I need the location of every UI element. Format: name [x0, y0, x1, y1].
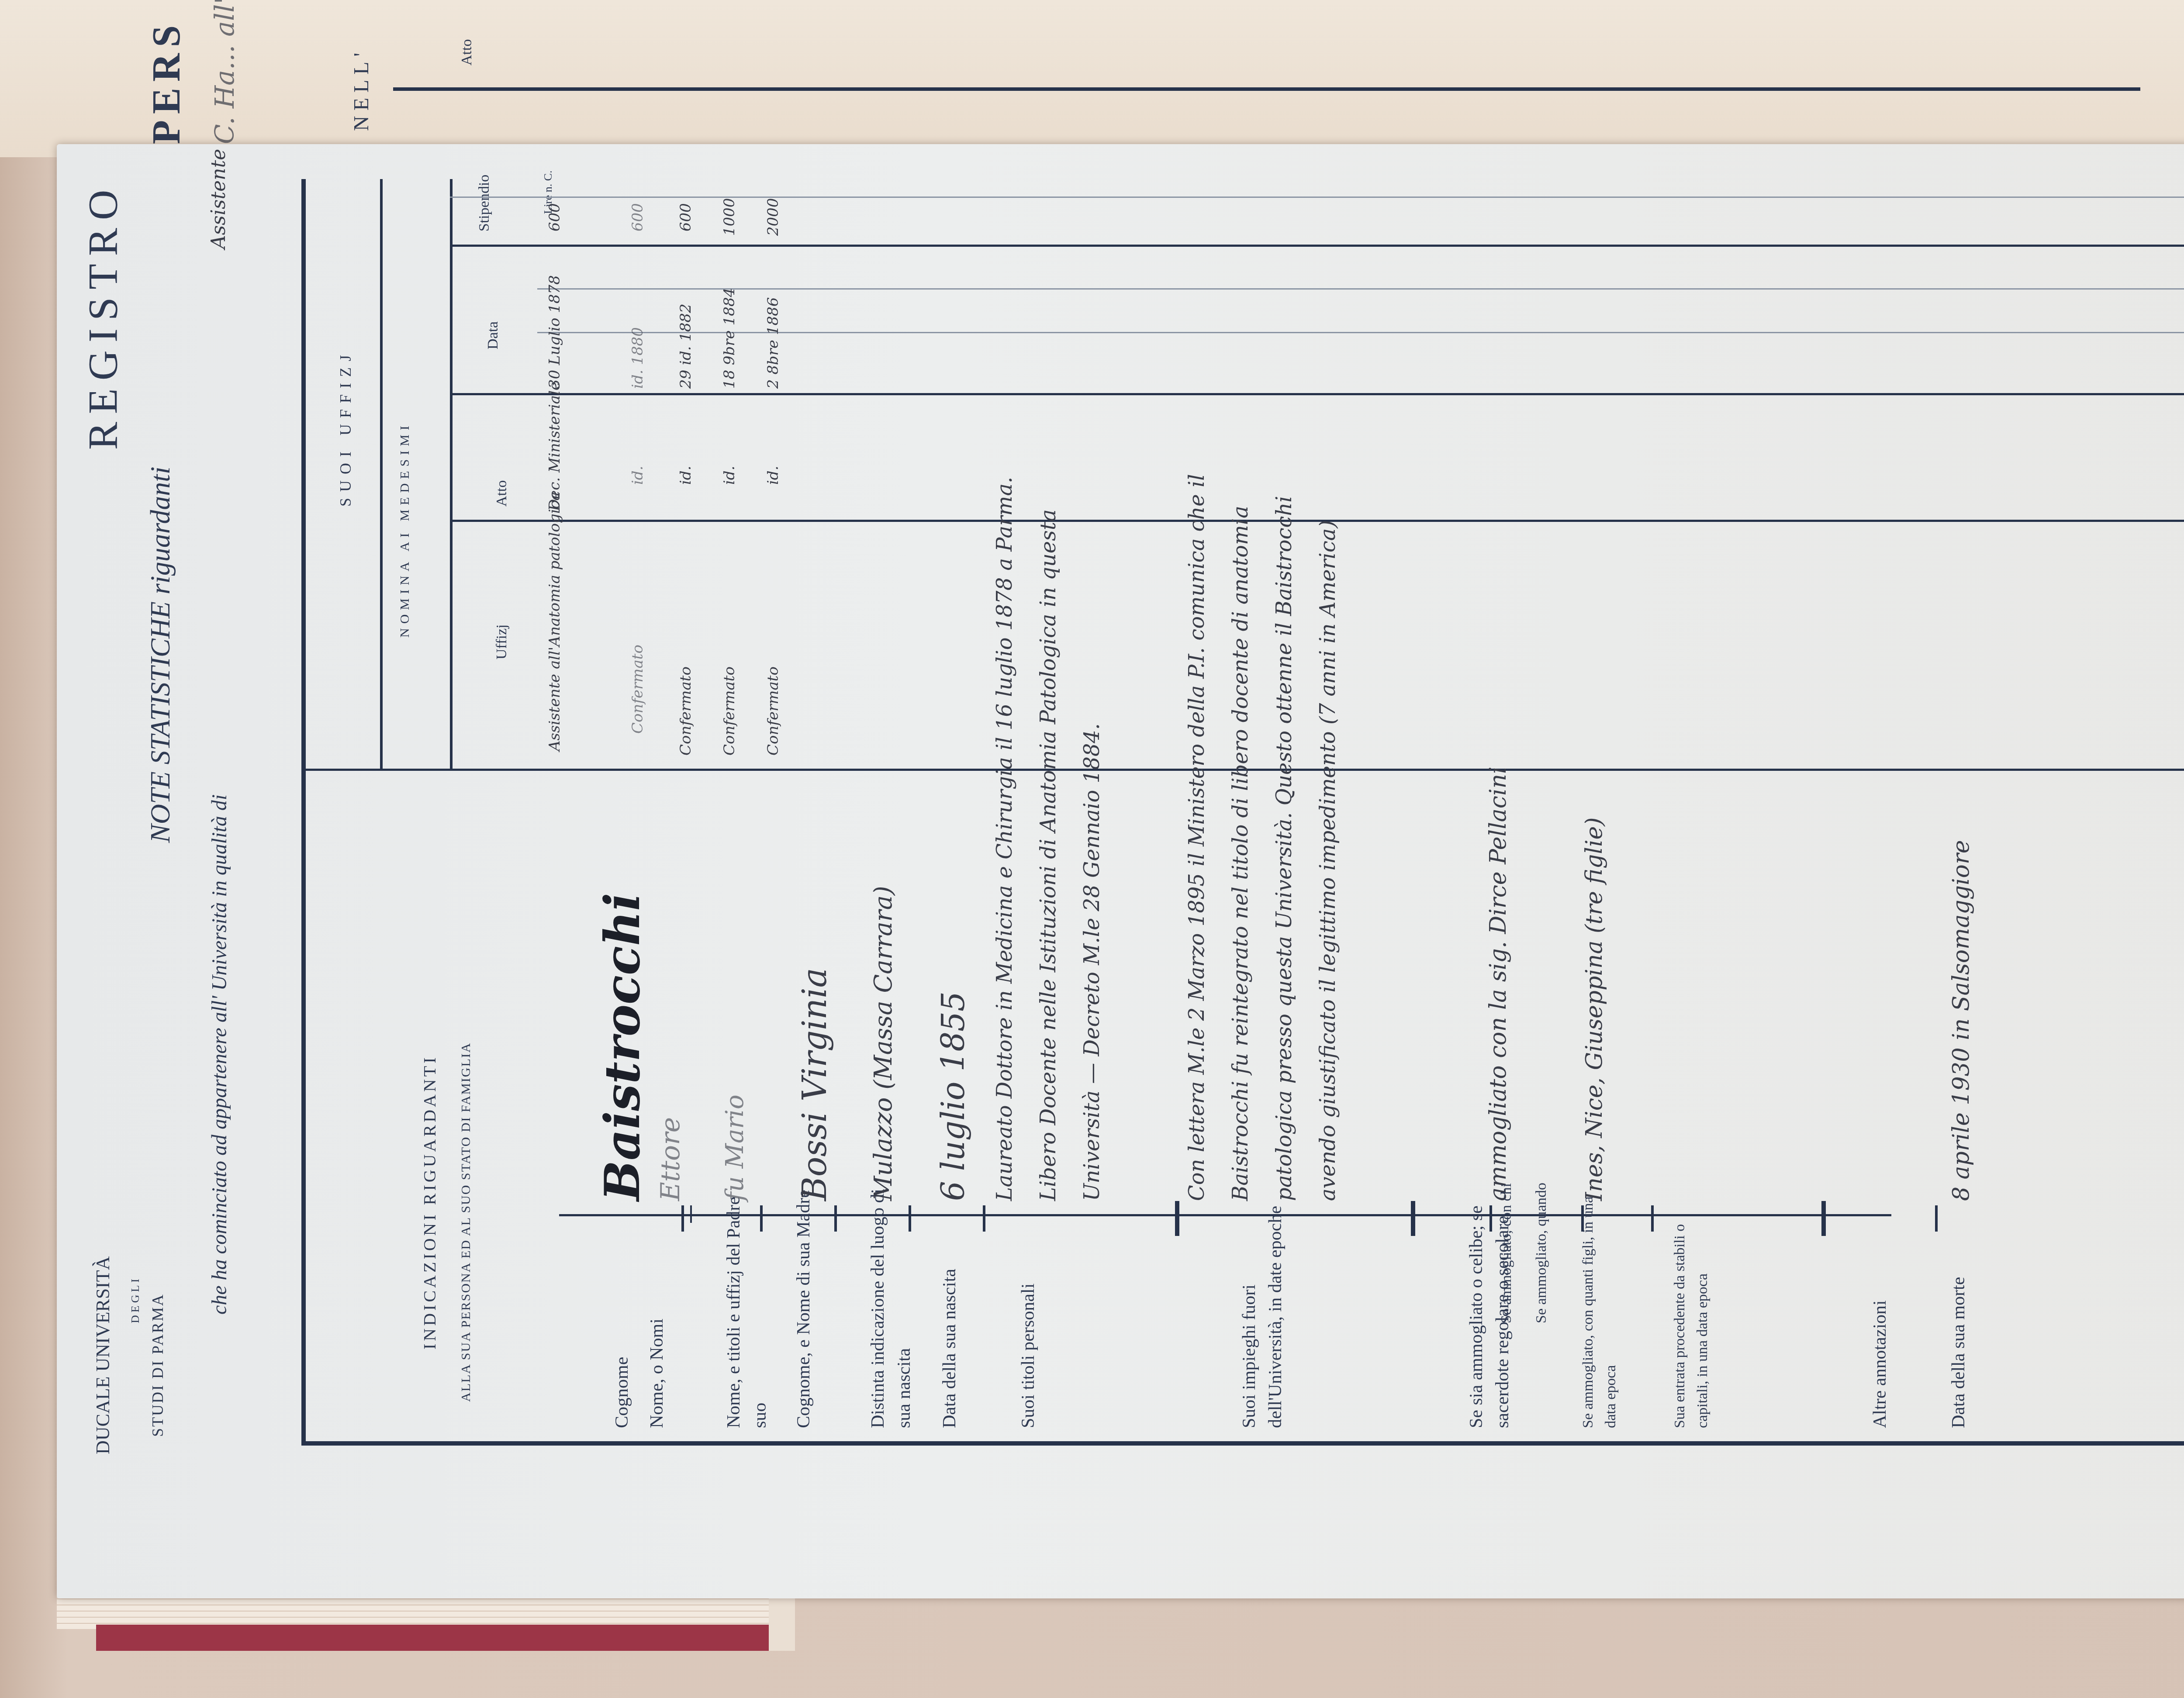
field-value: 8 aprile 1930 in Salsomaggiore: [1948, 840, 1974, 1201]
appt-4-stipendio: 1000: [721, 198, 738, 236]
register-title: REGISTRO: [79, 182, 127, 450]
field-value: Laureato Dottore in Medicina e Chirurgia…: [983, 424, 1114, 1201]
field-value: Mulazzo (Massa Carrara): [869, 886, 898, 1201]
field-value: 6 luglio 1855: [935, 991, 971, 1201]
back-page-title: PERS: [144, 19, 189, 144]
row-separator: [983, 1205, 985, 1232]
row-separator: [1489, 1205, 1492, 1232]
appt-4-data: 18 9bre 1884: [721, 288, 738, 389]
appt-2-uffizj: Confermato: [629, 645, 646, 734]
field-label: Cognome, e Nome di sua Madre: [791, 1184, 817, 1428]
appt-4-uffizj: Confermato: [721, 666, 738, 756]
appt-2-stipendio: 600: [629, 203, 646, 231]
appt-3-atto: id.: [677, 466, 695, 485]
col-rule-data-year: [537, 332, 2184, 333]
appt-5-uffizj: Confermato: [764, 666, 782, 756]
col-rule-data-month: [537, 288, 2184, 290]
col-uffizj: Uffizj: [494, 624, 510, 659]
appt-5-atto: id.: [764, 466, 782, 485]
row-separator: [1935, 1205, 1938, 1232]
subtitle-role: Assistente: [207, 149, 230, 249]
field-value: Ettore: [655, 1117, 686, 1201]
col-atto: Atto: [494, 480, 510, 507]
field-value: Baistrocchi: [594, 893, 650, 1201]
subtitle-line2: che ha cominciato ad appartenere all' Un…: [207, 794, 232, 1315]
indicazioni-subheader: ALLA SUA PERSONA ED AL SUO STATO DI FAMI…: [459, 1042, 473, 1402]
row-separator: [681, 1205, 684, 1232]
appt-3-data: 29 id. 1882: [677, 304, 695, 389]
nomina-header: NOMINA AI MEDESIMI: [397, 421, 412, 638]
field-value: ammogliato con la sig. Dirce Pellacini: [1485, 766, 1511, 1201]
appt-2-data: id. 1880: [629, 327, 646, 389]
appt-3-stipendio: 600: [677, 203, 695, 231]
field-value: fu Mario: [721, 1094, 749, 1201]
field-label: Nome, e titoli e uffizj del Padre suo: [721, 1184, 773, 1428]
field-label: Data della sua morte: [1948, 1277, 1969, 1428]
facing-page: [0, 0, 2184, 157]
back-page-handwriting: C. Ha... all'Anatom...: [210, 0, 240, 144]
institution-line2: DEGLI: [129, 1276, 142, 1323]
appt-2-atto: id.: [629, 466, 646, 485]
row-separator: [1581, 1205, 1584, 1232]
appt-1-stipendio: 600: [546, 203, 563, 231]
appt-3-uffizj: Confermato: [677, 666, 695, 756]
field-label: Cognome: [612, 1357, 632, 1428]
frame-rule-top: [301, 179, 306, 1446]
register-page: DUCALE UNIVERSITÀ DEGLI STUDI DI PARMA R…: [57, 144, 2184, 1598]
col-rule-stip: [450, 245, 2184, 247]
appt-1-data: 30 Luglio 1878: [546, 275, 563, 389]
column-header-rule: [450, 179, 453, 769]
col-rule-data-stip: [450, 393, 2184, 395]
subtitle-lead: NOTE STATISTICHE riguardanti: [144, 466, 176, 843]
field-label: Se ammogliato, con chi: [1498, 1183, 1515, 1323]
frame-rule-left: [301, 1441, 2184, 1446]
field-label: Suoi impieghi fuori dell'Università, in …: [1236, 1184, 1289, 1428]
field-value: Ines, Nice, Giuseppina (tre figlie): [1581, 817, 1607, 1201]
back-page-rule: [393, 87, 2140, 91]
col-stipendio: Stipendio: [476, 175, 493, 231]
book-cover: [96, 1625, 795, 1651]
field-value: Con lettera M.le 2 Marzo 1895 il Ministe…: [1175, 424, 1350, 1201]
field-label: Altre annotazioni: [1870, 1300, 1890, 1428]
field-value: Bossi Virginia: [795, 968, 834, 1201]
appt-5-stipendio: 2000: [764, 198, 782, 236]
back-page-header: NELL': [349, 48, 373, 131]
field-label: Data della sua nascita: [939, 1269, 960, 1428]
col-data: Data: [485, 321, 501, 349]
row-separator: [760, 1205, 763, 1232]
back-page-col-atto: Atto: [459, 39, 475, 66]
row-separator: [834, 1205, 837, 1232]
row-separator: [909, 1205, 911, 1232]
uffizj-header: SUOI UFFIZJ: [336, 349, 355, 507]
row-separator: [1821, 1201, 1826, 1236]
institution-line1: DUCALE UNIVERSITÀ: [92, 1256, 114, 1454]
col-rule-stip-cents: [450, 197, 2184, 198]
header-rule: [380, 179, 383, 769]
appt-1-uffizj: Assistente all'Anatomia patologica: [546, 492, 563, 751]
institution-line3: STUDI DI PARMA: [149, 1293, 167, 1437]
field-label: Nome, o Nomi: [646, 1318, 667, 1428]
row-separator: [1175, 1201, 1179, 1236]
row-separator: [1651, 1205, 1654, 1232]
field-label: Suoi titoli personali: [1018, 1284, 1039, 1428]
appt-5-data: 2 8bre 1886: [764, 297, 782, 389]
appt-1-atto: Dec. Ministeriale: [546, 382, 563, 511]
indicazioni-header: INDICAZIONI RIGUARDANTI: [419, 1055, 440, 1349]
field-label: Sua entrata procedente da stabili o capi…: [1669, 1192, 1714, 1428]
field-label: Se ammogliato, quando: [1533, 1183, 1550, 1323]
row-separator: [690, 1205, 692, 1223]
appt-4-atto: id.: [721, 466, 738, 485]
row-separator: [1411, 1201, 1415, 1236]
